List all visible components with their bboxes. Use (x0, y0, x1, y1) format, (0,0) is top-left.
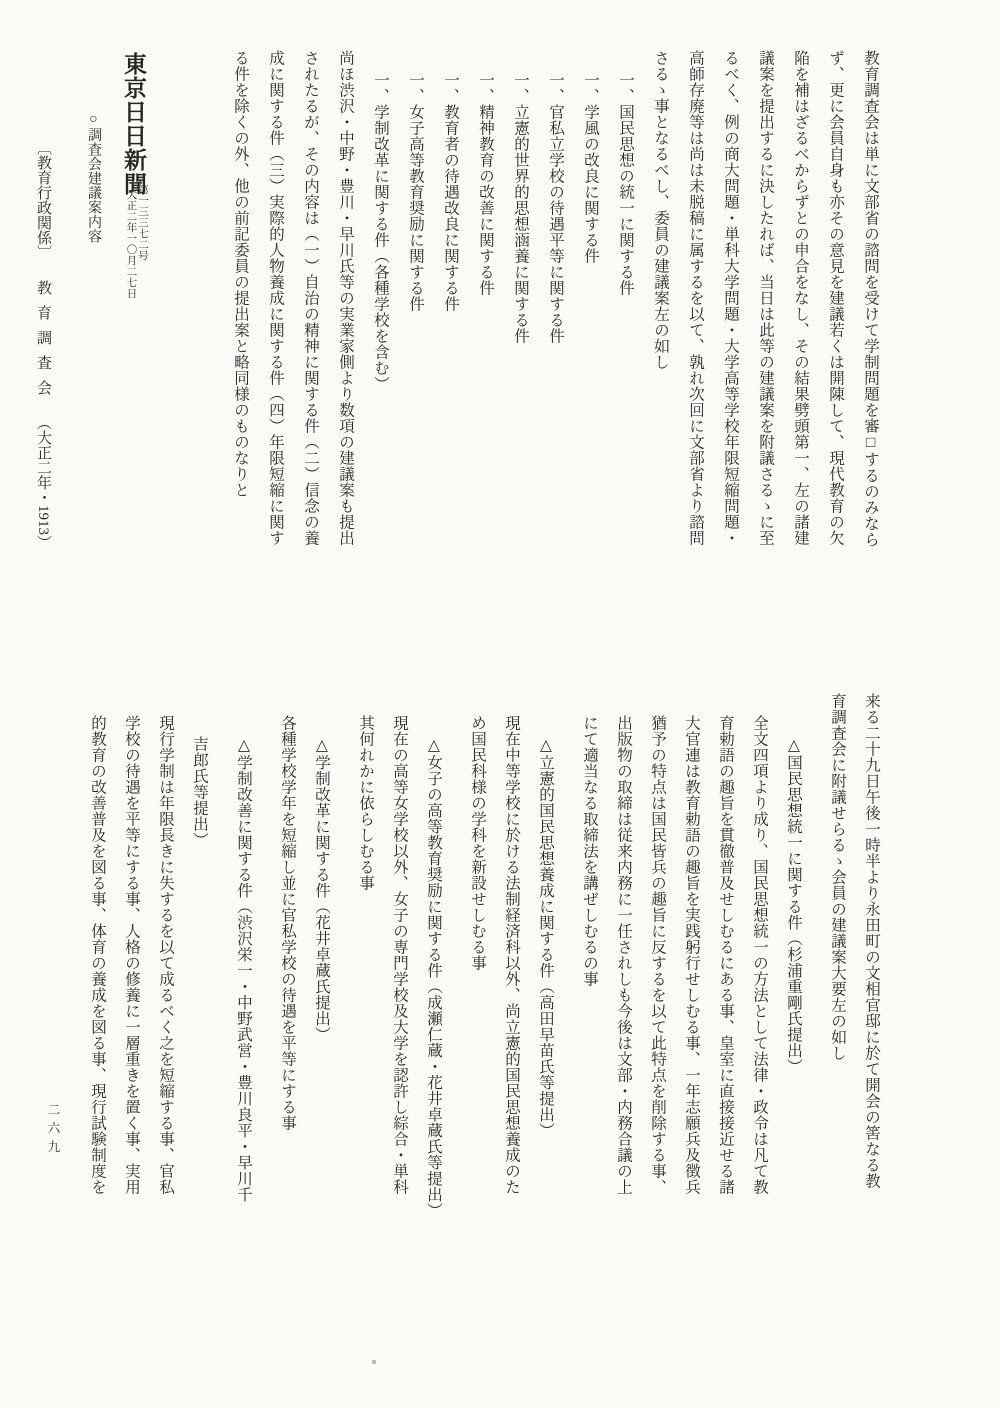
issue-block: 第一三三七二号 大正二年一〇月二七日 (125, 184, 148, 299)
text-line: さるゝ事となるべし、委員の建議案左の如し (643, 50, 678, 548)
article-bottom-block: 来る二十九日午後一時半より永田町の文相官邸に於て開会の筈なる教育調査会に附議せら… (80, 693, 888, 1219)
text-line: 尚ほ渋沢・中野・豊川・早川氏等の実業家側より数項の建議案も提出 (328, 50, 363, 548)
text-line: されたるが、その内容は（一）自治の精神に関する件（二）信念の養 (293, 50, 328, 548)
text-line: 成に関する件（三）実際的人物養成に関する件（四）年限短縮に関す (258, 50, 293, 548)
document-page: 教育調査会は単に文部省の諮問を受けて学制問題を審□するのみならず、更に会員自身も… (0, 0, 1000, 1408)
text-line: め国民科様の学科を新設せしむる事 (460, 693, 494, 1219)
side-category-label: 〔教育行政関係〕 (35, 140, 51, 260)
side-title-label: 教育調査会 (35, 280, 51, 405)
text-line: 現在中等学校に於ける法制経済科以外、尚立憲的国民思想養成のた (494, 693, 528, 1219)
section-heading: ○調査会建議案内容 (83, 112, 103, 244)
text-line: 一、学風の改良に関する件 (573, 50, 608, 548)
text-line: 一、教育者の待遇改良に関する件 (433, 50, 468, 548)
text-line: 一、精神教育の改善に関する件 (468, 50, 503, 548)
text-line: 来る二十九日午後一時半より永田町の文相官邸に於て開会の筈なる教 (854, 693, 888, 1219)
page-number: 二六九 (44, 1103, 62, 1159)
text-line: 猶予の特点は国民皆兵の趣旨に反するを以て此特点を削除する事、 (640, 693, 674, 1219)
text-line: 一、女子高等教育奨励に関する件 (398, 50, 433, 548)
issue-date: 大正二年一〇月二七日 (125, 184, 137, 299)
text-line: 育勅語の趣旨を貫徹普及せしむるにある事、皇室に直接接近せる諸 (708, 693, 742, 1219)
text-line: 現在の高等女学校以外、女子の専門学校及大学を認許し綜合・単科 (382, 693, 416, 1219)
text-line: △立憲的国民思想養成に関する件（高田早苗氏等提出） (528, 693, 562, 1219)
text-line: 一、学制改革に関する件（各種学校を含む） (363, 50, 398, 548)
text-line: 一、国民思想の統一に関する件 (608, 50, 643, 548)
text-line: 全文四項より成り、国民思想統一の方法として法律・政令は凡て教 (742, 693, 776, 1219)
scan-speck (372, 1360, 376, 1364)
text-line: 一、立憲的世界的思想涵養に関する件 (503, 50, 538, 548)
text-line: ず、更に会員自身も亦その意見を建議若くは開陳して、現代教育の欠 (818, 50, 853, 548)
text-line: 出版物の取締は従来内務に一任されしも今後は文部・内務合議の上 (606, 693, 640, 1219)
side-label: 〔教育行政関係〕 教育調査会 （大正二年・1913） (33, 140, 54, 550)
text-line: 育調査会に附議せらるゝ会員の建議案大要左の如し (820, 693, 854, 1219)
text-line: 高師存廃等は尚は未脱稿に属するを以て、孰れ次回に文部省より諮問 (678, 50, 713, 548)
text-line: 大官連は教育勅語の趣旨を実践躬行せしむる事、一年志願兵及徴兵 (674, 693, 708, 1219)
text-line: 学校の待遇を平等にする事、人格の修養に一層重きを置く事、実用 (114, 693, 148, 1219)
text-line: るべく、例の商大問題・単科大学問題・大学高等学校年限短縮問題・ (713, 50, 748, 548)
text-line: △国民思想統一に関する件（杉浦重剛氏提出） (776, 693, 810, 1219)
newspaper-masthead: 東京日日新聞 (117, 52, 150, 196)
text-line: △学制改善に関する件（渋沢栄一・中野武営・豊川良平・早川千 (226, 693, 260, 1219)
text-line: 陥を補はざるべからずとの申合をなし、その結果劈頭第一、左の諸建 (783, 50, 818, 548)
text-line: にて適当なる取締法を講ぜしむるの事 (572, 693, 606, 1219)
text-line: 教育調査会は単に文部省の諮問を受けて学制問題を審□するのみなら (853, 50, 888, 548)
text-line: る件を除くの外、他の前記委員の提出案と略同様のものなりと (223, 50, 258, 548)
text-line: △女子の高等教育奨励に関する件（成瀬仁蔵・花井卓蔵氏等提出） (416, 693, 450, 1219)
side-year-label: （大正二年・1913） (35, 415, 51, 550)
text-line: 其何れかに依らしむる事 (348, 693, 382, 1219)
text-line: 一、官私立学校の待遇平等に関する件 (538, 50, 573, 548)
article-top-block: 教育調査会は単に文部省の諮問を受けて学制問題を審□するのみならず、更に会員自身も… (223, 50, 888, 548)
text-line: 吉郎氏等提出） (182, 693, 216, 1219)
text-line: 現行学制は年限長きに失するを以て成るべく之を短縮する事、官私 (148, 693, 182, 1219)
text-line: 的教育の改善普及を図る事、体育の養成を図る事、現行試験制度を (80, 693, 114, 1219)
text-line: 議案を提出するに決したれば、当日は此等の建議案を附議さるゝに至 (748, 50, 783, 548)
text-line: △学制改革に関する件（花井卓蔵氏提出） (304, 693, 338, 1219)
issue-number: 第一三三七二号 (137, 184, 149, 299)
text-line: 各種学校学年を短縮し並に官私学校の待遇を平等にする事 (270, 693, 304, 1219)
